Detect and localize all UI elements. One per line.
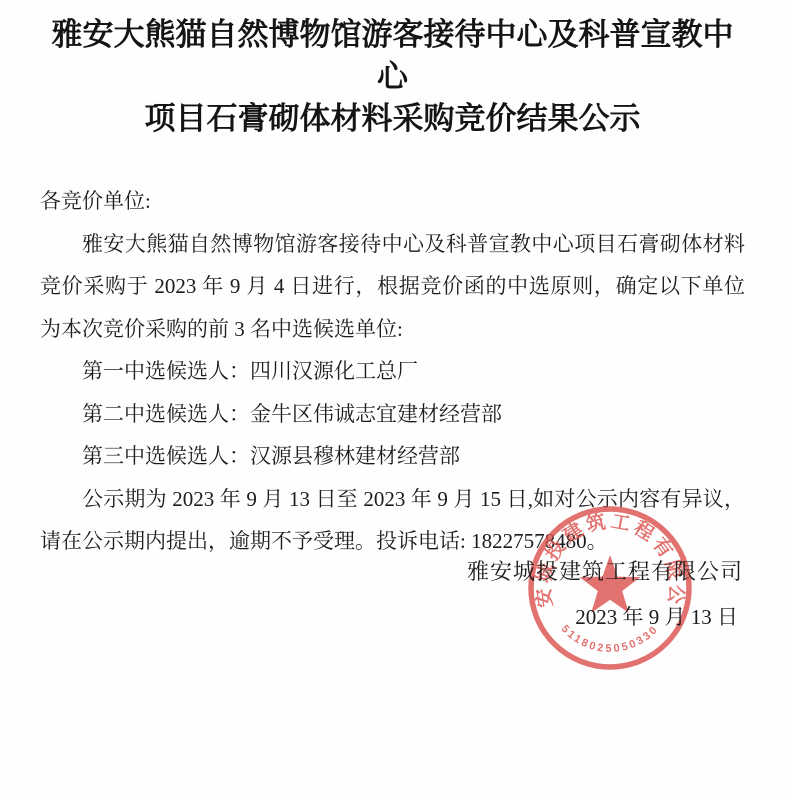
intro-line-1: 雅安大熊猫自然博物馆游客接待中心及科普宣教中心项目石膏砌体材料 — [40, 223, 745, 266]
candidate-row-1: 第一中选候选人：四川汉源化工总厂 — [40, 350, 745, 393]
document-title: 雅安大熊猫自然博物馆游客接待中心及科普宣教中心 项目石膏砌体材料采购竞价结果公示 — [40, 14, 745, 140]
salutation: 各竞价单位: — [40, 180, 745, 223]
document-page: 雅安大熊猫自然博物馆游客接待中心及科普宣教中心 项目石膏砌体材料采购竞价结果公示… — [0, 0, 785, 798]
title-line-1: 雅安大熊猫自然博物馆游客接待中心及科普宣教中心 — [40, 14, 745, 98]
candidate-1-name: 四川汉源化工总厂 — [250, 359, 418, 383]
signature-company: 雅安城投建筑工程有限公司 — [467, 555, 743, 586]
candidate-row-3: 第三中选候选人：汉源县穆林建材经营部 — [40, 435, 745, 478]
candidate-2-name: 金牛区伟诚志宜建材经营部 — [250, 402, 502, 426]
candidate-2-label: 第二中选候选人： — [82, 402, 250, 426]
title-line-2: 项目石膏砌体材料采购竞价结果公示 — [40, 98, 745, 140]
candidate-row-2: 第二中选候选人：金牛区伟诚志宜建材经营部 — [40, 393, 745, 436]
company-seal-stamp: 雅安城投建筑工程有限公司 5118025050330 — [500, 487, 720, 692]
seal-company-text: 雅安城投建筑工程有限公司 — [500, 487, 688, 609]
signature-date: 2023 年 9 月 13 日 — [575, 601, 738, 631]
candidate-3-label: 第三中选候选人： — [82, 444, 250, 468]
intro-line-3: 为本次竞价采购的前 3 名中选候选单位: — [40, 308, 745, 351]
intro-line-2: 竞价采购于 2023 年 9 月 4 日进行，根据竞价函的中选原则，确定以下单位 — [40, 265, 745, 308]
candidate-1-label: 第一中选候选人： — [82, 359, 250, 383]
candidate-3-name: 汉源县穆林建材经营部 — [250, 444, 460, 468]
